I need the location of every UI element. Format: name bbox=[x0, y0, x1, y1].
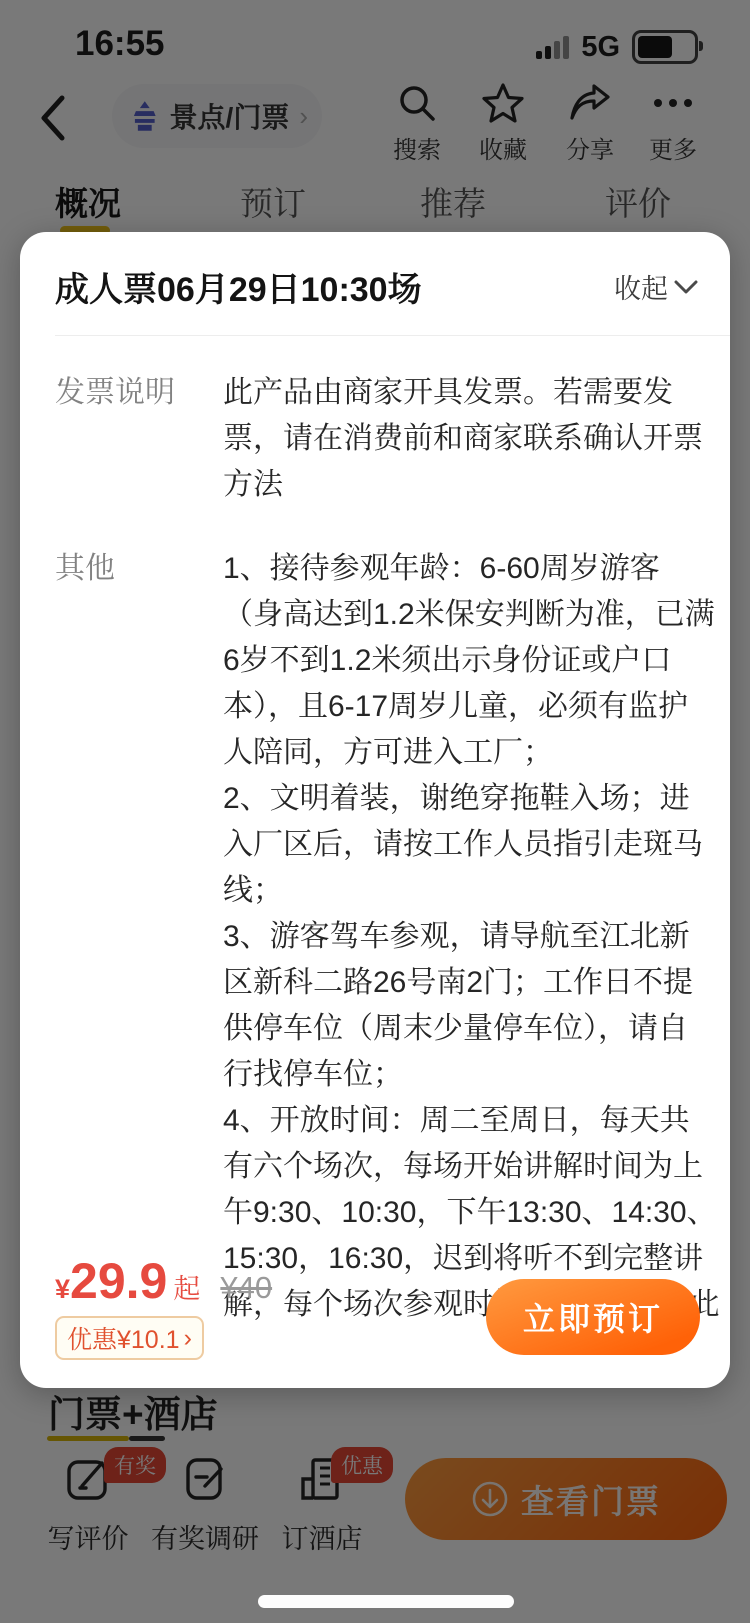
price-block: ¥ 29.9 起 ¥40 优惠¥10.1 › bbox=[55, 1256, 272, 1360]
section-text: 1、接待参观年龄：6-60周岁游客 （身高达到1.2米保安判断为准，已满 6岁不… bbox=[223, 546, 725, 1328]
book-now-button[interactable]: 立即预订 bbox=[486, 1279, 700, 1355]
chevron-down-icon bbox=[674, 279, 698, 295]
currency-symbol: ¥ bbox=[55, 1274, 70, 1305]
price-amount: 29.9 bbox=[70, 1256, 167, 1306]
collapse-label: 收起 bbox=[614, 267, 668, 306]
discount-amount-label: 优惠¥10.1 bbox=[67, 1320, 180, 1356]
section-invoice: 发票说明 此产品由商家开具发票。若需要发 票，请在消费前和商家联系确认开票 方法 bbox=[55, 370, 730, 508]
section-label: 其他 bbox=[55, 546, 223, 1328]
collapse-button[interactable]: 收起 bbox=[614, 267, 698, 306]
section-text: 此产品由商家开具发票。若需要发 票，请在消费前和商家联系确认开票 方法 bbox=[223, 370, 725, 508]
ticket-detail-modal: 成人票06月29日10:30场 收起 发票说明 此产品由商家开具发票。若需要发 … bbox=[20, 232, 730, 1388]
section-other: 其他 1、接待参观年龄：6-60周岁游客 （身高达到1.2米保安判断为准，已满 … bbox=[55, 546, 730, 1328]
discount-amount-badge[interactable]: 优惠¥10.1 › bbox=[55, 1316, 204, 1360]
original-price: ¥40 bbox=[220, 1270, 272, 1306]
price-suffix: 起 bbox=[173, 1267, 200, 1306]
section-label: 发票说明 bbox=[55, 370, 223, 508]
home-indicator[interactable] bbox=[258, 1595, 514, 1608]
chevron-right-icon: › bbox=[184, 1324, 192, 1353]
modal-title: 成人票06月29日10:30场 bbox=[55, 262, 422, 311]
